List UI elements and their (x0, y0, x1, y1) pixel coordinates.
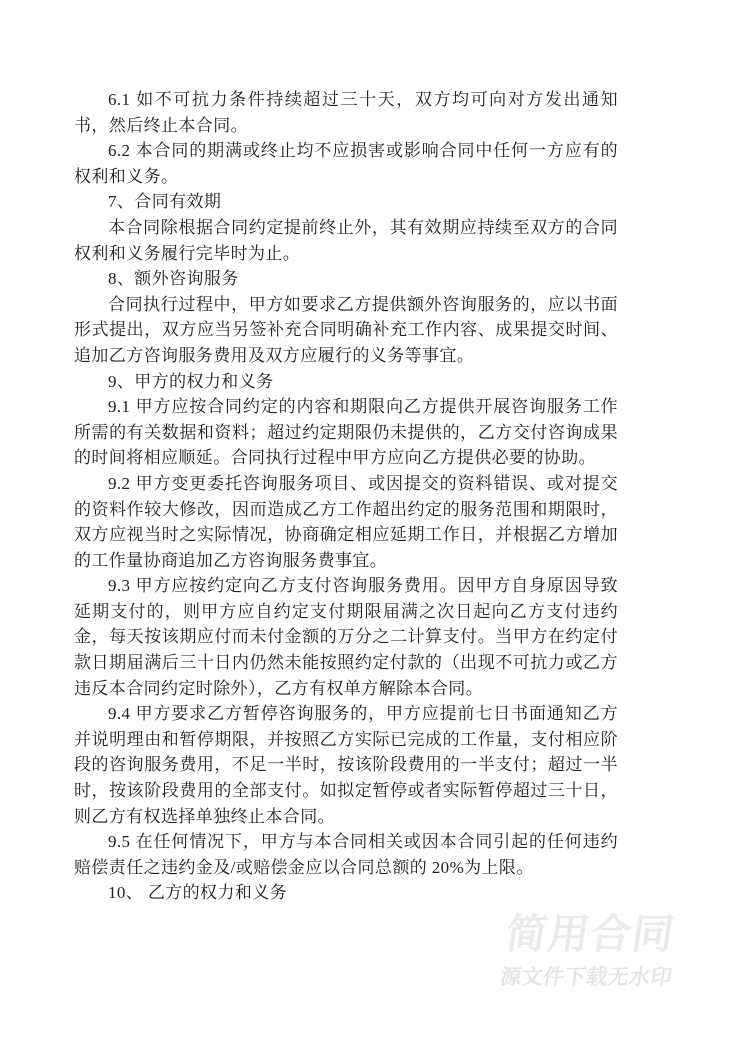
contract-body: 6.1 如不可抗力条件持续超过三十天，双方均可向对方发出通知书，然后终止本合同。… (74, 87, 618, 906)
clause-6-2: 6.2 本合同的期满或终止均不应损害或影响合同中任何一方应有的权利和义务。 (74, 138, 618, 189)
clause-9-3: 9.3 甲方应按约定向乙方支付咨询服务费用。因甲方自身原因导致延期支付的，则甲方… (74, 573, 618, 701)
clause-9-2: 9.2 甲方变更委托咨询服务项目、或因提交的资料错误、或对提交的资料作较大修改，… (74, 471, 618, 573)
watermark-logo-text: 简用合同 (503, 912, 681, 957)
clause-7-body: 本合同除根据合同约定提前终止外，其有效期应持续至双方的合同权利和义务履行完毕时为… (74, 215, 618, 266)
clause-9-1: 9.1 甲方应按合同约定的内容和期限向乙方提供开展咨询服务工作所需的有关数据和资… (74, 394, 618, 471)
contract-page: 6.1 如不可抗力条件持续超过三十天，双方均可向对方发出通知书，然后终止本合同。… (0, 0, 742, 1049)
heading-7-validity-period: 7、合同有效期 (74, 189, 618, 215)
watermark-tagline: 源文件下载无水印 (499, 966, 674, 989)
heading-8-extra-services: 8、额外咨询服务 (74, 266, 618, 292)
clause-8-body: 合同执行过程中，甲方如要求乙方提供额外咨询服务的，应以书面形式提出，双方应当另签… (74, 292, 618, 369)
watermark: 简用合同 源文件下载无水印 (499, 912, 682, 989)
heading-9-party-a-rights: 9、甲方的权力和义务 (74, 369, 618, 395)
clause-9-4: 9.4 甲方要求乙方暂停咨询服务的，甲方应提前七日书面通知乙方并说明理由和暂停期… (74, 701, 618, 829)
clause-6-1: 6.1 如不可抗力条件持续超过三十天，双方均可向对方发出通知书，然后终止本合同。 (74, 87, 618, 138)
clause-9-5: 9.5 在任何情况下，甲方与本合同相关或因本合同引起的任何违约赔偿责任之违约金及… (74, 829, 618, 880)
heading-10-party-b-rights: 10、 乙方的权力和义务 (74, 880, 618, 906)
